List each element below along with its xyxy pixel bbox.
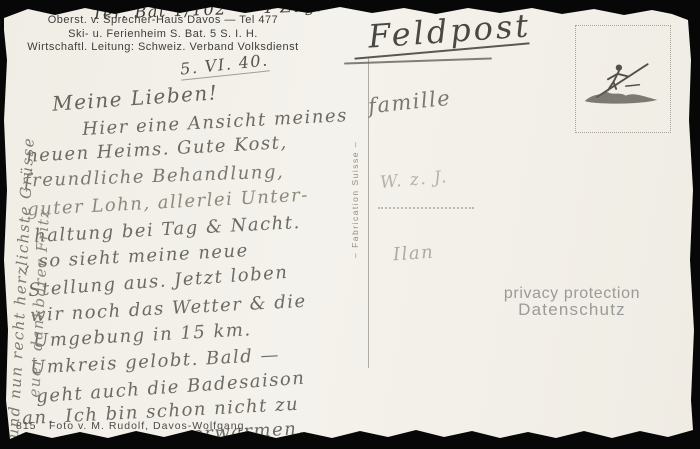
letter-line: Meine Lieben!: [51, 80, 219, 116]
erased-address-line: Ilan: [392, 242, 435, 266]
header-line-1: Oberst. v. Sprecher-Haus Davos — Tel 477: [10, 14, 316, 28]
header-line-3: Wirtschaftl. Leitung: Schweiz. Verband V…: [10, 41, 316, 55]
privacy-watermark: privacy protection Datenschutz: [452, 286, 692, 318]
erased-address-underline: [378, 207, 474, 209]
letter-line: neuen Heims. Gute Kost,: [26, 132, 288, 167]
photo-credit: 815 Foto v. M. Rudolf, Davos-Wolfgang.: [16, 420, 248, 432]
postcard-back: Ter. Bat 1/102 4 Zug. Oberst. v. Spreche…: [0, 0, 700, 449]
addressee-handwriting: famille: [367, 86, 452, 119]
watermark-line: Datenschutz: [452, 302, 692, 318]
erased-address-line: W. z. J.: [379, 167, 448, 193]
printed-header: Oberst. v. Sprecher-Haus Davos — Tel 477…: [10, 14, 316, 55]
header-line-2: Ski- u. Ferienheim S. Bat. 5 S. I. H.: [10, 28, 316, 42]
stamp-box: [575, 25, 671, 133]
fabrication-suisse-label: – Fabrication Suisse –: [350, 148, 360, 258]
skier-icon: [578, 56, 668, 108]
date-handwriting: 5. VI. 40.: [179, 50, 270, 80]
